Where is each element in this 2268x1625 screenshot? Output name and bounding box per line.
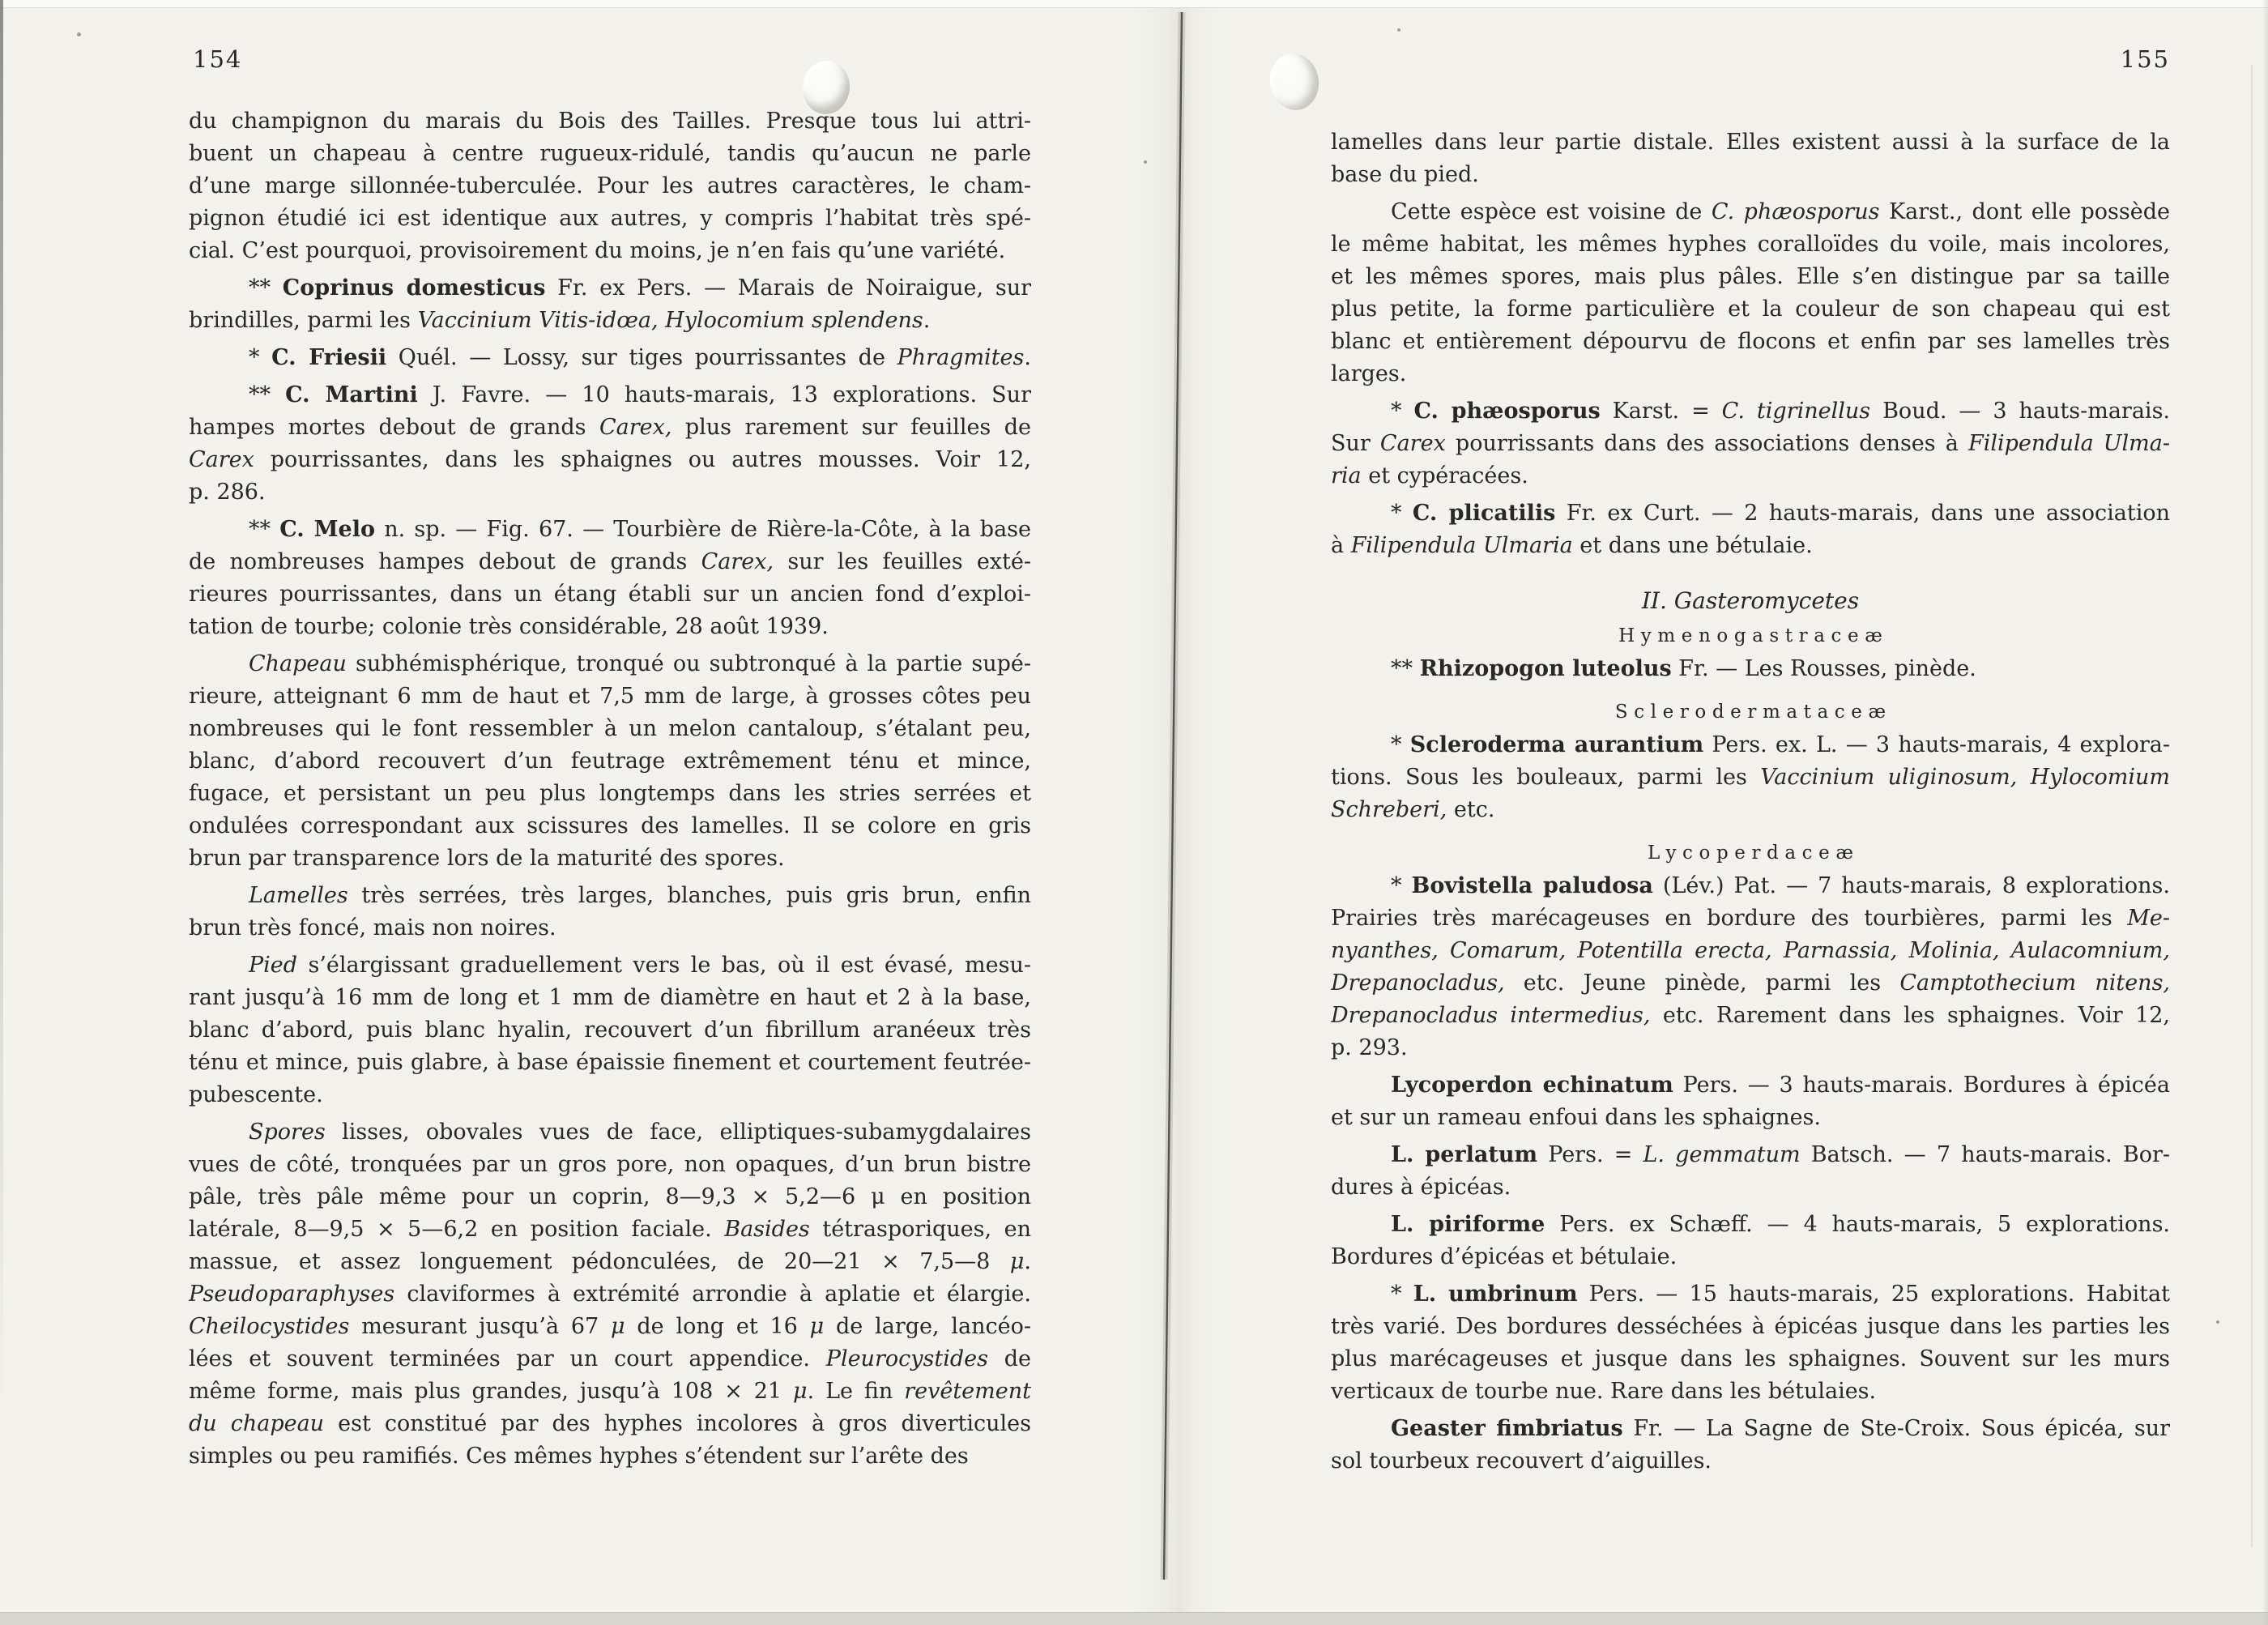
- page-edge-hairline: [2251, 65, 2253, 1547]
- scan-edge-left: [0, 0, 3, 1418]
- scan-edge-top: [0, 0, 2268, 8]
- dust-speck: [2216, 1320, 2219, 1324]
- scan-edge-bottom: [0, 1612, 2268, 1625]
- dust-speck: [77, 32, 81, 36]
- dust-speck: [1397, 28, 1400, 32]
- scan-edge-right: [2262, 0, 2268, 1625]
- dust-speck: [1144, 160, 1147, 164]
- book-gutter-line: [0, 0, 2268, 1625]
- book-scan: 154 du champignon du marais du Bois des …: [0, 0, 2268, 1625]
